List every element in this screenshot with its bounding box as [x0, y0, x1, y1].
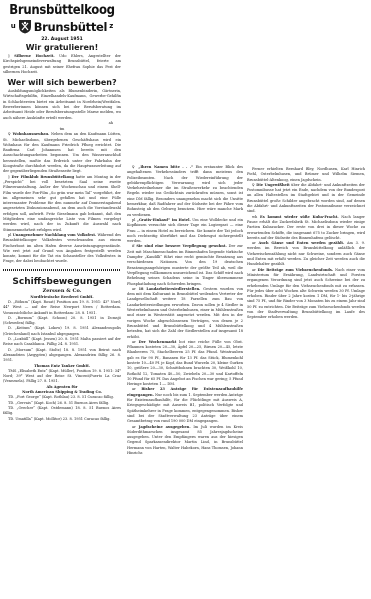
- article-lead: Die Ungewißheit: [256, 183, 290, 187]
- article-body: Gestern wurden von dem mit dem Kulturamt…: [127, 287, 243, 339]
- ship-entry: TD. „Orecher“ (Kapt. Ostdemann) 18. 8. 5…: [3, 406, 121, 417]
- article-lead: 18 Landarbeitersiedlerstellen.: [139, 287, 201, 291]
- article-livestock-fund: ar Die Beiträge zum Viehseuchenfonds. Na…: [247, 268, 365, 321]
- article-lead: Wohnhausneubau.: [13, 132, 50, 136]
- headline-applications: Wer will sich bewerben?: [3, 78, 121, 88]
- ship-entry: D. „Keitum“ (Kapt. Lokow) 19. 8. 1951 Al…: [3, 326, 121, 337]
- article-body: bot eine reiche Fülle von Obst. Pflaumen…: [127, 340, 243, 386]
- column-left: Brunsbüttelkoog u Brunsbüttel z 22. Augu…: [3, 2, 121, 422]
- article-lead: Jagdscheine ausgegeben.: [139, 425, 191, 429]
- article-apprenticeships: Ausbildungsmöglichkeiten als Blumenbinde…: [3, 89, 121, 121]
- article-lead: „Gratis-Einkauf“ im Hotel.: [137, 218, 191, 222]
- article-weekly-market: ar Der Wochenmarkt bot eine reiche Fülle…: [127, 340, 243, 388]
- article-settlements: ar 18 Landarbeitersiedlerstellen. Gester…: [127, 287, 243, 340]
- article-body: über die Abfahrt- und Ankunftzeiten der …: [247, 183, 365, 213]
- article-body: Ausbildungsmöglichkeiten als Blumenbinde…: [3, 89, 121, 119]
- ship-entry: TD. Umatilla“ (Kapt. Mollitor) 23. 8. 19…: [3, 417, 121, 422]
- article-lead: Der Filmklub Brunsbüttelkoog: [12, 175, 74, 179]
- article-hunting-licenses: ar Jagdscheine ausgegeben. Im Juli wurde…: [127, 425, 243, 457]
- article-bus-schedules: ♀ Die Ungewißheit über die Abfahrt- und …: [247, 183, 365, 215]
- article-body: Nur noch bis zum 1. September werden Ant…: [127, 393, 243, 423]
- shipping-company: Zerssen & Co.: [3, 288, 121, 295]
- article-folk-festival: pl Unangenehmer Nachklang vom Volksfest.…: [3, 233, 121, 265]
- ship-entry: D. „Morsum“ (Kapt. Stoltz) 18. 8. 1951 v…: [3, 348, 121, 364]
- headline-ship-movements: Schiffsbewegungen: [3, 277, 121, 288]
- article-body: Im Juli wurden im Kreis Süderdithmarsche…: [127, 425, 243, 455]
- article-lead: Sie sind eine bessere Verpflegung gewohn…: [136, 244, 226, 248]
- article-livestock-count: ar Auch Gänse und Enten werden gezählt. …: [247, 241, 365, 267]
- column-right: Ferner erhielten Bernhard Bley, Nordhuse…: [247, 167, 365, 321]
- article-house-construction: ♀ Wohnhausneubau. Neben dem an den Kaufm…: [3, 132, 121, 174]
- ship-entry: D. „Bornum“ (Kapt. Schoon) 20. 8. 1951 i…: [3, 316, 121, 327]
- article-lead: Der Wochenmarkt: [139, 340, 177, 344]
- article-hunting-licenses-cont: Ferner erhielten Bernhard Bley, Nordhuse…: [247, 167, 365, 183]
- article-lead: Die Beiträge zum Viehseuchenfonds.: [258, 268, 333, 272]
- masthead: Brunsbüttelkoog u Brunsbüttel z 22. Augu…: [3, 3, 121, 43]
- ship-entry: D. „Böhum“ (Kapt. Rosat) Position am 19.…: [3, 300, 121, 316]
- article-body: Während des Brunsbüttelkooger Volksfeste…: [3, 233, 121, 263]
- article-body: Der zur Zeit mit Maschinenschaden im Bin…: [127, 244, 243, 285]
- ship-entry: D. „Loxbüll“ (Kapt. Jessen) 20. 8. 1951 …: [3, 337, 121, 348]
- ship-entry: TMS „Elisabeth Entz“ (Kapt. Müller), Pos…: [3, 369, 121, 385]
- masthead-prefix: u: [11, 24, 16, 29]
- article-film-club: ◊ Der Filmklub Brunsbüttelkoog hatte am …: [3, 175, 121, 233]
- article-lead: Auch Gänse und Enten werden gezählt.: [258, 241, 344, 245]
- masthead-suffix: z: [109, 24, 113, 29]
- masthead-subtitle-row: u Brunsbüttel z: [3, 19, 121, 34]
- masthead-subtitle: Brunsbüttel: [34, 20, 108, 34]
- issue-date: 22. August 1951: [3, 36, 121, 43]
- article-cuba-sugar: wh Es kommt wieder süße Kuba-Fracht. Nac…: [247, 215, 365, 241]
- article-body: Neben dem an den Kaufmann Lütten, St. Mi…: [3, 132, 121, 173]
- article-hotel-theft: pl „Gratis-Einkauf“ im Hotel. Um eine Wo…: [127, 218, 243, 244]
- masthead-title: Brunsbüttelkoog: [3, 3, 121, 18]
- article-lead: Silberne Hochzeit.: [14, 54, 54, 58]
- article-ship-crew: if Sie sind eine bessere Verpflegung gew…: [127, 244, 243, 286]
- article-traffic-fines: ♀ „Ihren Namen bitte . . .“ Ein erstaunt…: [127, 165, 243, 218]
- article-lead: Es kommt wieder süße Kuba-Fracht.: [260, 215, 339, 219]
- column-middle: ♀ „Ihren Namen bitte . . .“ Ein erstaunt…: [127, 165, 243, 456]
- article-aid-applications: ar Bisher 23 Anträge für Existenzaufbauh…: [127, 387, 243, 424]
- article-body: Ein erstaunter Blick des angehaltenen Ve…: [127, 165, 243, 217]
- article-lead: Unangenehmer Nachklang vom Volksfest.: [13, 233, 97, 237]
- article-silver-wedding: ◊ Silberne Hochzeit. Udo Ehlers, Angeste…: [3, 54, 121, 75]
- coat-of-arms-icon: [18, 19, 32, 34]
- article-lead: „Ihren Namen bitte . . .“: [138, 165, 193, 169]
- article-body: Nach einer vom Ministerium für Ernährung…: [247, 268, 365, 320]
- ship-entry: TD. „Fort George“ (Kapt. Rothlau) 23. 8.…: [3, 395, 121, 400]
- headline-congratulations: Wir gratulieren!: [3, 43, 121, 53]
- divider: [3, 269, 121, 271]
- article-body: hatte am Montag in der „Perspicht“ bei v…: [3, 175, 121, 232]
